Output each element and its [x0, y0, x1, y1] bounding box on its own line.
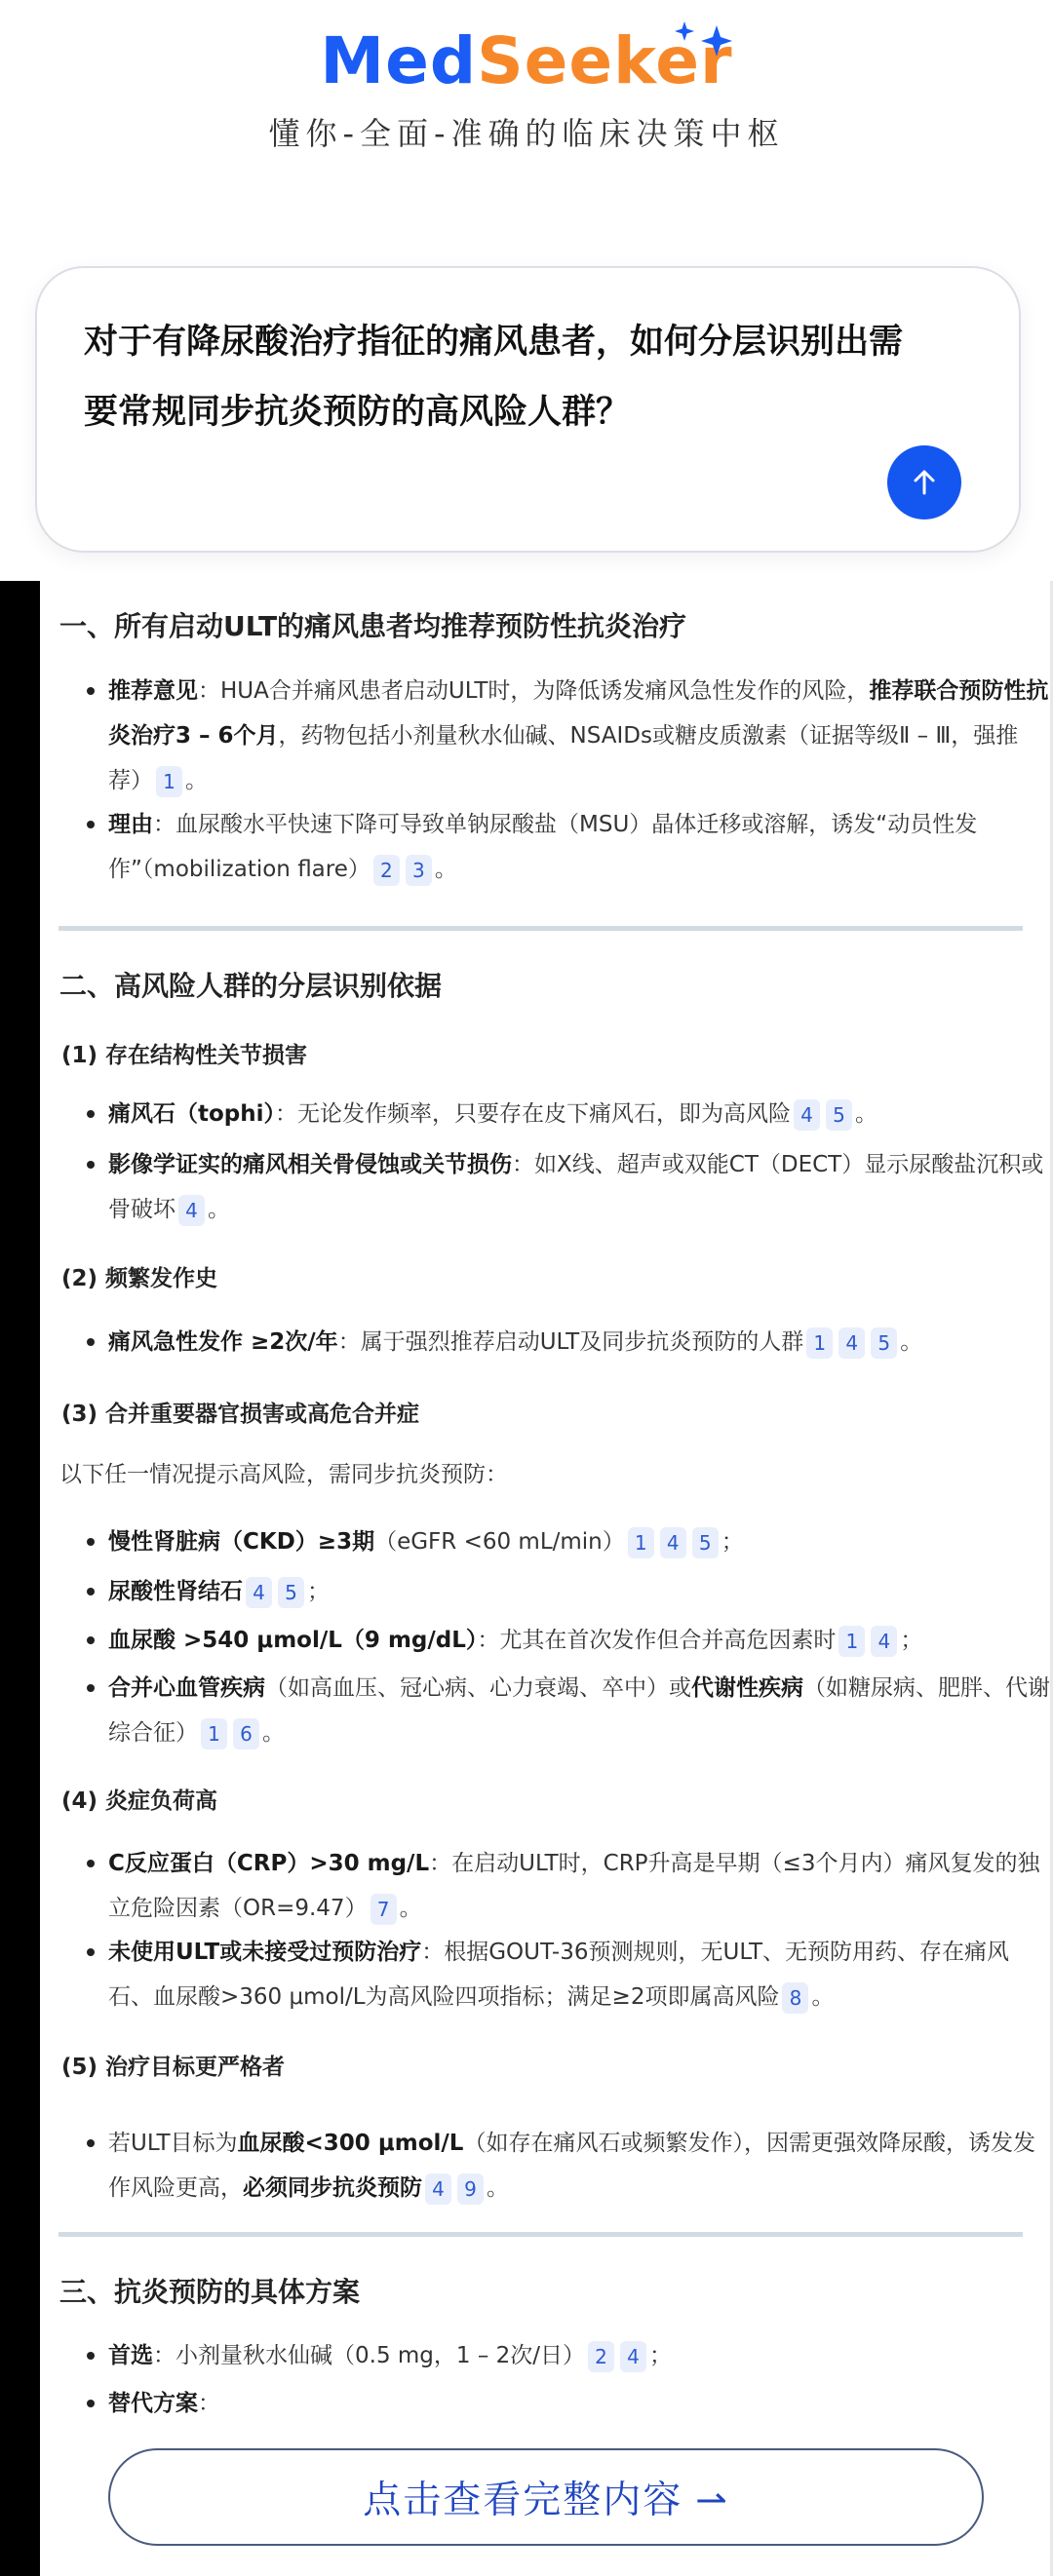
view-full-content-button[interactable]: 点击查看完整内容 ⇀ [108, 2448, 984, 2546]
sparkles-icon [671, 19, 739, 58]
bullet-text: ：血尿酸水平快速下降可导致单钠尿酸盐（MSU）晶体迁移或溶解，诱发“动员性发作”… [108, 812, 977, 882]
section-heading-3: 三、抗炎预防的具体方案 [59, 2273, 1053, 2312]
tagline: 懂你-全面-准确的临床决策中枢 [0, 113, 1053, 154]
bullet-label: 未使用ULT或未接受过预防治疗 [108, 1940, 421, 1965]
subsection-title: (5) 治疗目标更严格者 [61, 2051, 1053, 2084]
citation-badge[interactable]: 5 [826, 1099, 852, 1131]
bullet-label: 替代方案 [108, 2391, 198, 2416]
list-item: 若ULT目标为血尿酸<300 μmol/L（如存在痛风石或频繁发作），因需更强效… [85, 2121, 1050, 2211]
app-logo: MedSeeker [0, 18, 1053, 105]
bullet-text: ：小剂量秋水仙碱（0.5 mg，1 – 2次/日） [153, 2343, 585, 2368]
citation-badge[interactable]: 4 [871, 1626, 897, 1657]
citation-badge[interactable]: 9 [457, 2173, 484, 2205]
citation-badge[interactable]: 4 [620, 2341, 646, 2372]
citation-badge[interactable]: 4 [660, 1527, 686, 1558]
punct: ； [307, 1579, 330, 1604]
punct: ； [900, 1628, 922, 1653]
logo-med: Med [320, 23, 477, 98]
bullet-label: 影像学证实的痛风相关骨侵蚀或关节损伤 [108, 1152, 512, 1177]
bullet-text: 若ULT目标为 [108, 2131, 238, 2156]
bullet-text: ： [198, 2391, 220, 2416]
left-black-strip [0, 581, 40, 2576]
bullet-text: （如高血压、冠心病、心力衰竭、卒中）或 [265, 1675, 691, 1701]
send-button[interactable] [887, 445, 961, 519]
citation-badge[interactable]: 1 [838, 1626, 865, 1657]
citation-badge[interactable]: 2 [373, 855, 400, 886]
citation-badge[interactable]: 4 [838, 1327, 865, 1359]
list-item: 影像学证实的痛风相关骨侵蚀或关节损伤：如X线、超声或双能CT（DECT）显示尿酸… [85, 1142, 1050, 1232]
list-item: 首选：小剂量秋水仙碱（0.5 mg，1 – 2次/日）24； [85, 2333, 1050, 2378]
punct: 。 [435, 857, 457, 882]
citation-badge[interactable]: 4 [178, 1195, 205, 1226]
citation-badge[interactable]: 4 [246, 1577, 272, 1608]
section-heading-2: 二、高风险人群的分层识别依据 [59, 967, 1053, 1006]
punct: 。 [262, 1720, 285, 1746]
list-item: 痛风石（tophi）：无论发作频率，只要存在皮下痛风石，即为高风险45。 [85, 1092, 1050, 1136]
list-item: 理由：血尿酸水平快速下降可导致单钠尿酸盐（MSU）晶体迁移或溶解，诱发“动员性发… [85, 802, 1050, 892]
citation-badge[interactable]: 4 [794, 1099, 820, 1131]
bullet-label: 首选 [108, 2343, 153, 2368]
list-item: 合并心血管疾病（如高血压、冠心病、心力衰竭、卒中）或代谢性疾病（如糖尿病、肥胖、… [85, 1666, 1050, 1755]
list-item: 痛风急性发作 ≥2次/年：属于强烈推荐启动ULT及同步抗炎预防的人群145。 [85, 1320, 1050, 1365]
list-item: 推荐意见：HUA合并痛风患者启动ULT时，为降低诱发痛风急性发作的风险，推荐联合… [85, 669, 1050, 803]
punct: 。 [208, 1197, 230, 1222]
punct: ； [649, 2343, 672, 2368]
bullet-bold: 必须同步抗炎预防 [243, 2175, 422, 2201]
list-item: C反应蛋白（CRP）>30 mg/L：在启动ULT时，CRP升高是早期（≤3个月… [85, 1841, 1050, 1931]
arrow-up-icon [910, 468, 939, 497]
section-divider [58, 2232, 1023, 2237]
bullet-label: 合并心血管疾病 [108, 1675, 265, 1701]
list-item: 血尿酸 >540 μmol/L（9 mg/dL）：尤其在首次发作但合并高危因素时… [85, 1618, 1050, 1663]
bullet-text: ：HUA合并痛风患者启动ULT时，为降低诱发痛风急性发作的风险， [198, 678, 869, 704]
subsection-title: (3) 合并重要器官损害或高危合并症 [61, 1398, 1053, 1431]
bullet-label: 痛风石（tophi） [108, 1101, 275, 1127]
punct: 。 [487, 2175, 509, 2201]
citation-badge[interactable]: 5 [692, 1527, 719, 1558]
list-item: 慢性肾脏病（CKD）≥3期（eGFR <60 mL/min）145； [85, 1519, 1050, 1564]
subsection-title: (4) 炎症负荷高 [61, 1785, 1053, 1818]
bullet-label: 痛风急性发作 ≥2次/年 [108, 1329, 338, 1355]
bullet-label: C反应蛋白（CRP）>30 mg/L [108, 1851, 429, 1876]
bullet-text: ：尤其在首次发作但合并高危因素时 [477, 1628, 836, 1653]
punct: ； [721, 1529, 744, 1555]
citation-badge[interactable]: 6 [233, 1718, 259, 1749]
punct: 。 [400, 1896, 422, 1921]
header-area: MedSeeker 懂你-全面-准确的临床决策中枢 对于有降尿酸治疗指征的痛风患… [0, 0, 1053, 581]
citation-badge[interactable]: 4 [425, 2173, 451, 2205]
list-item: 未使用ULT或未接受过预防治疗：根据GOUT-36预测规则，无ULT、无预防用药… [85, 1930, 1050, 2019]
bullet-label: 推荐意见 [108, 678, 198, 704]
subsection-title: (2) 频繁发作史 [61, 1262, 1053, 1295]
citation-badge[interactable]: 8 [782, 1982, 808, 2014]
citation-badge[interactable]: 1 [156, 766, 182, 797]
citation-badge[interactable]: 1 [806, 1327, 833, 1359]
citation-badge[interactable]: 7 [370, 1894, 397, 1925]
list-item: 尿酸性肾结石45； [85, 1569, 1050, 1614]
bullet-label: 理由 [108, 812, 153, 837]
bullet-text: ：属于强烈推荐启动ULT及同步抗炎预防的人群 [338, 1329, 804, 1355]
question-text[interactable]: 对于有降尿酸治疗指征的痛风患者，如何分层识别出需要常规同步抗炎预防的高风险人群？ [84, 307, 903, 447]
punct: 。 [185, 768, 208, 793]
citation-badge[interactable]: 1 [201, 1718, 227, 1749]
citation-badge[interactable]: 1 [628, 1527, 654, 1558]
citation-badge[interactable]: 3 [406, 855, 432, 886]
citation-badge[interactable]: 5 [278, 1577, 304, 1608]
citation-badge[interactable]: 2 [588, 2341, 614, 2372]
question-card[interactable]: 对于有降尿酸治疗指征的痛风患者，如何分层识别出需要常规同步抗炎预防的高风险人群？ [35, 266, 1021, 553]
punct: 。 [811, 1984, 834, 2010]
bullet-bold: 代谢性疾病 [691, 1675, 803, 1701]
subsection-intro: 以下任一情况提示高风险，需同步抗炎预防： [59, 1458, 1053, 1491]
bullet-text: ：无论发作频率，只要存在皮下痛风石，即为高风险 [275, 1101, 791, 1127]
bullet-bold: 血尿酸<300 μmol/L [238, 2131, 464, 2156]
bullet-label: 慢性肾脏病（CKD）≥3期 [108, 1529, 374, 1555]
section-divider [58, 926, 1023, 931]
bullet-label: 血尿酸 >540 μmol/L（9 mg/dL） [108, 1628, 477, 1653]
section-heading-1: 一、所有启动ULT的痛风患者均推荐预防性抗炎治疗 [59, 607, 1053, 646]
bullet-text: （eGFR <60 mL/min） [374, 1529, 625, 1555]
subsection-title: (1) 存在结构性关节损害 [61, 1039, 1053, 1072]
punct: 。 [900, 1329, 922, 1355]
list-item: 替代方案： [85, 2381, 1050, 2426]
bullet-label: 尿酸性肾结石 [108, 1579, 243, 1604]
punct: 。 [855, 1101, 877, 1127]
citation-badge[interactable]: 5 [871, 1327, 897, 1359]
logo-wordmark: MedSeeker [320, 18, 732, 105]
